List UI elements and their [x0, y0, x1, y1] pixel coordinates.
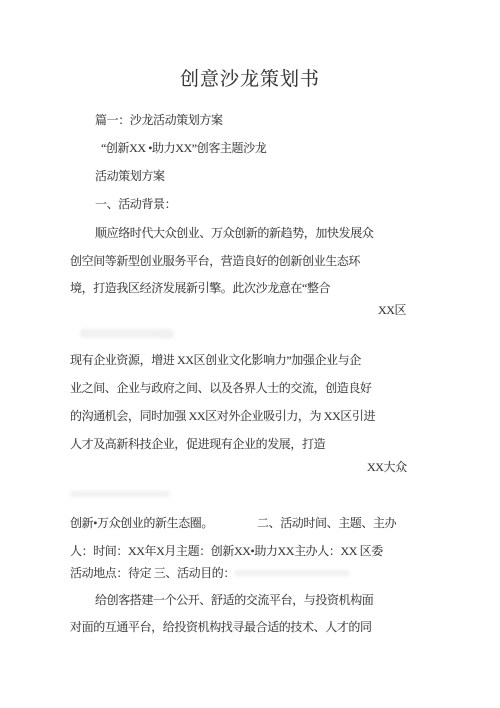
text-line: 业之间、企业与政府之间、以及各界人士的交流，创造良好 — [70, 380, 372, 396]
faded-text-artifact — [234, 570, 350, 576]
text-line: 二、活动时间、主题、主办 — [257, 515, 396, 531]
document-page: 创意沙龙策划书 篇一：沙龙活动策划方案 “创新XX •助力XX”创客主题沙龙 活… — [0, 0, 500, 708]
text-line-right-aligned: XX区 — [378, 302, 406, 318]
text-line-right-aligned: XX大众 — [367, 459, 407, 475]
text-line: 给创客搭建一个公开、舒适的交流平台，与投资机构面 — [95, 592, 373, 608]
text-line: 境，打造我区经济发展新引擎。此次沙龙意在“整合 — [70, 280, 330, 296]
document-title: 创意沙龙策划书 — [0, 64, 500, 91]
text-line: 一、活动背景： — [95, 196, 176, 212]
text-line: 创新•万众创业的新生态圈。 — [70, 515, 213, 531]
text-line: 活动地点：待定 三、活动目的： — [70, 565, 235, 581]
text-line: 创空间等新型创业服务平台，营造良好的创新创业生态环 — [70, 253, 360, 269]
faded-text-artifact — [160, 331, 174, 338]
text-line: 对面的互通平台，给投资机构找寻最合适的技术、人才的同 — [70, 619, 372, 635]
text-line: 现有企业资源，增进 XX区创业文化影响力”加强企业与企 — [70, 352, 361, 368]
text-line: 篇一：沙龙活动策划方案 — [95, 112, 223, 128]
text-line: “创新XX •助力XX”创客主题沙龙 — [101, 140, 266, 156]
faded-text-artifact — [70, 491, 170, 497]
text-line: 人才及高新科技企业，促进现有企业的发展，打造 — [70, 436, 325, 452]
text-line: 顺应络时代大众创业、万众创新的新趋势，加快发展众 — [95, 225, 373, 241]
faded-text-artifact — [80, 329, 172, 338]
text-line: 活动策划方案 — [95, 168, 165, 184]
text-line: 的沟通机会，同时加强 XX区对外企业吸引力，为 XX区引进 — [70, 408, 375, 424]
text-line: 人：时间：XX年X月主题：创新XX•助力XX主办人：XX 区委 — [70, 543, 383, 559]
